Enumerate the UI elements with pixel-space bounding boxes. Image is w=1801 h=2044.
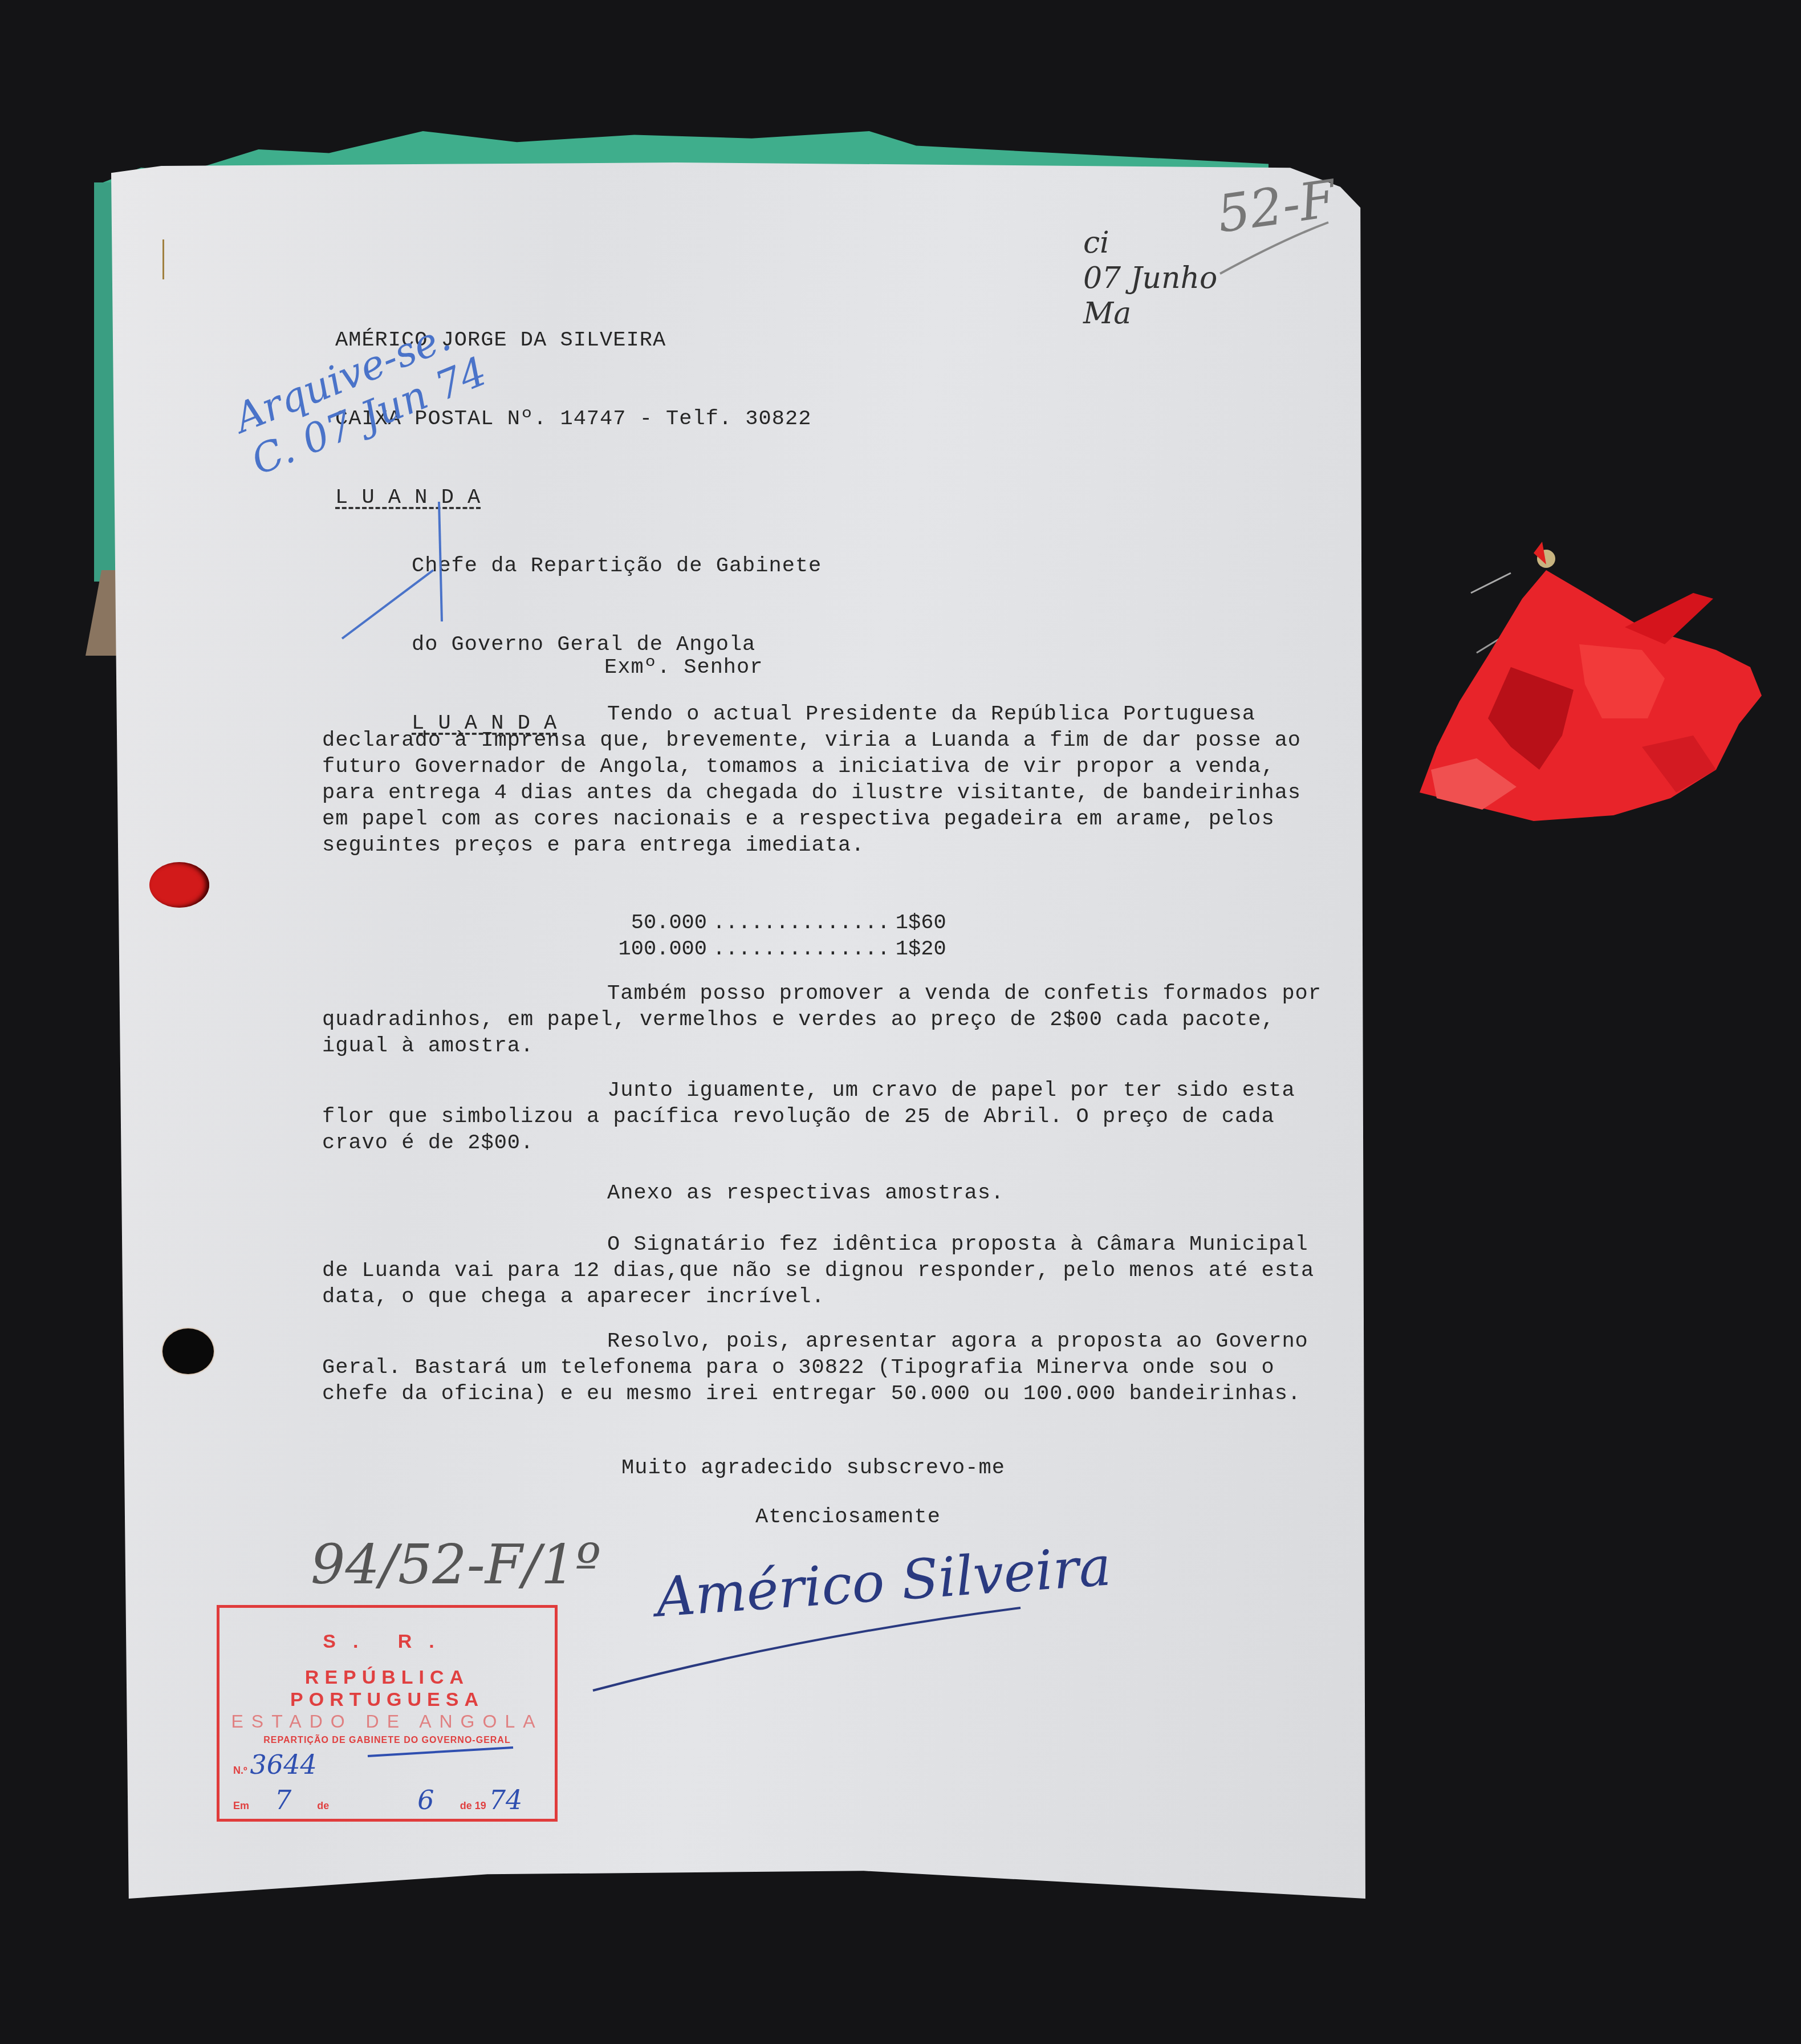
stamp-number-field: N.º 3644	[233, 1749, 317, 1780]
stamp-initials: S. R.	[219, 1631, 555, 1653]
stamp-state: ESTADO DE ANGOLA	[219, 1711, 555, 1732]
paper-carnation-icon	[1397, 530, 1779, 827]
pencil-reference-bottom: 94/52-F/1º	[311, 1534, 601, 1596]
stamp-republic: REPÚBLICA PORTUGUESA	[219, 1667, 555, 1711]
official-stamp: S. R. REPÚBLICA PORTUGUESA ESTADO DE ANG…	[217, 1605, 558, 1822]
stamp-department: REPARTIÇÃO DE GABINETE DO GOVERNO-GERAL	[219, 1736, 555, 1746]
stamp-date-field: Em 7 de 6 de 19 74	[233, 1785, 522, 1815]
